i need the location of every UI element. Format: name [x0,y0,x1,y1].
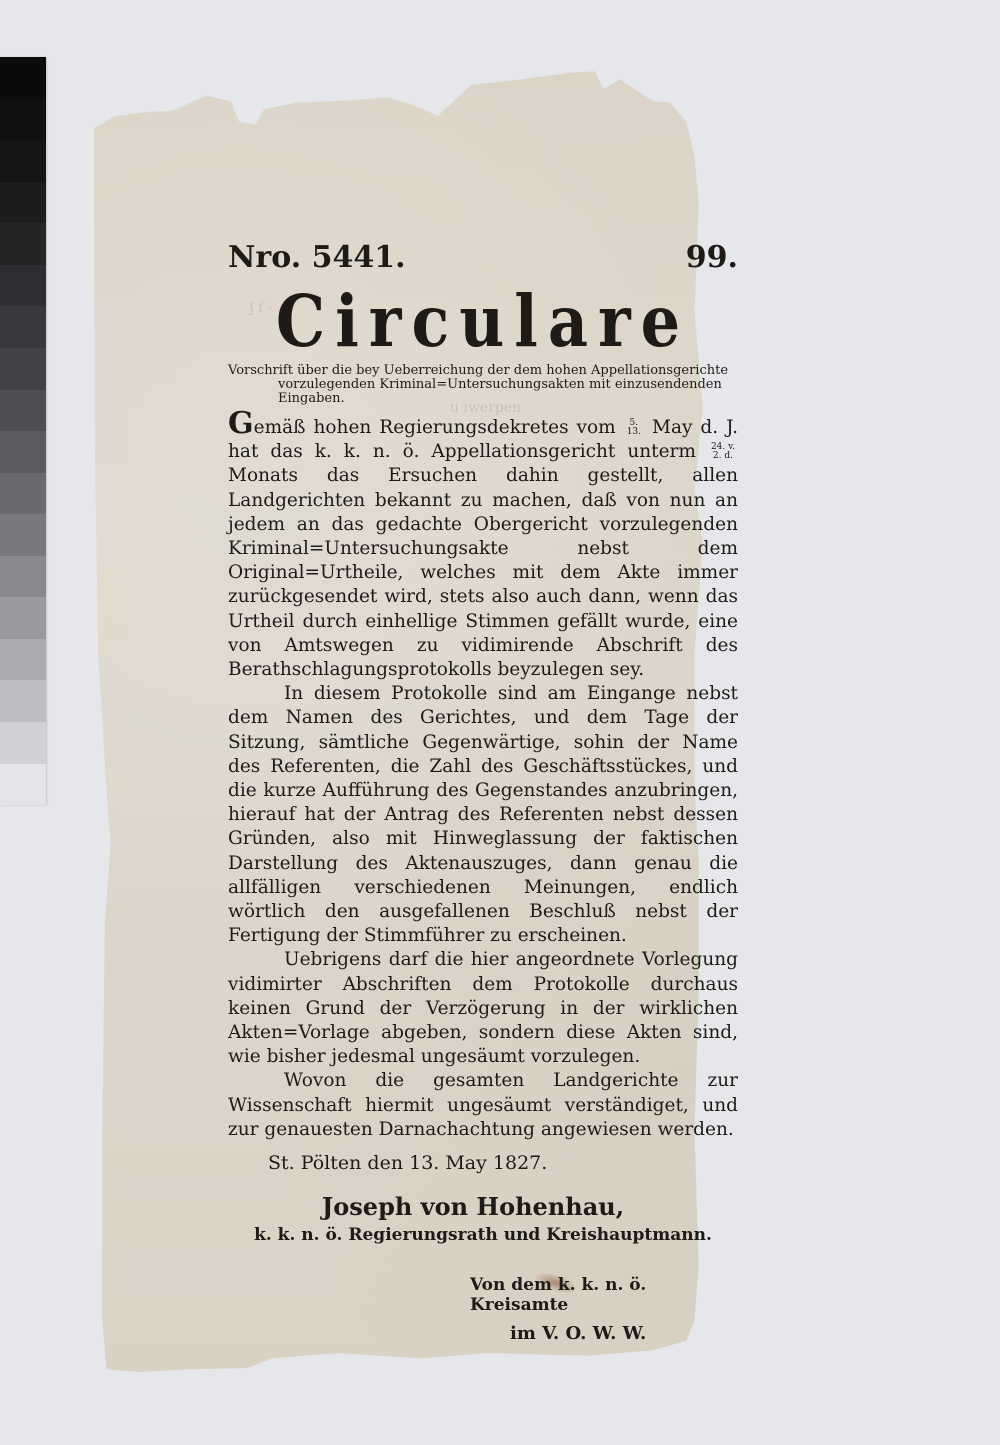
document-body: Nro. 5441. 99. Circulare Vorschrift über… [228,240,738,1344]
gray-patch [0,514,46,556]
gray-patch [0,306,46,348]
gray-patch [0,265,46,307]
gray-patch [0,473,46,515]
document-text: Gemäß hohen Regierungsdekretes vom 5.13.… [228,414,738,1142]
gray-patch [0,390,46,432]
gray-patch [0,764,46,806]
gray-patch [0,639,46,681]
document-number: Nro. 5441. [228,240,406,275]
signatory-name: Joseph von Hohenhau, [228,1192,738,1221]
place-date: St. Pölten den 13. May 1827. [228,1152,738,1174]
paragraph-1-text-c: Monats das Ersuchen dahin gestellt, alle… [228,465,738,680]
gray-patch [0,722,46,764]
gray-patch [0,556,46,598]
paragraph-1: Gemäß hohen Regierungsdekretes vom 5.13.… [228,414,738,682]
page-number: 99. [686,240,738,275]
drop-cap: G [228,406,254,441]
fraction-bottom: 13. [627,427,641,437]
gray-patch [0,182,46,224]
paragraph-4: Wovon die gesamten Landgerichte zur Wiss… [228,1069,738,1142]
document-header: Nro. 5441. 99. [228,240,738,284]
grayscale-calibration-strip [0,57,46,805]
gray-patch [0,99,46,141]
date-fraction: 5.13. [627,419,641,437]
gray-patch [0,431,46,473]
fraction-bottom: 2. d. [713,451,733,461]
document-subject: Vorschrift über die bey Ueberreichung de… [228,364,738,406]
gray-patch [0,223,46,265]
gray-patch [0,57,46,99]
date-fraction: 24. v.2. d. [711,443,735,461]
gray-patch [0,348,46,390]
issuing-office-district: im V. O. W. W. [228,1323,738,1344]
paragraph-1-text-a: emäß hohen Regierungsdekretes vom [254,417,616,438]
signatory-title: k. k. n. ö. Regierungsrath und Kreishaup… [228,1225,738,1245]
gray-patch [0,140,46,182]
paragraph-2: In diesem Protokolle sind am Eingange ne… [228,682,738,948]
document-title: Circulare [228,281,738,364]
paragraph-3: Uebrigens darf die hier angeordnete Vorl… [228,948,738,1069]
gray-patch [0,597,46,639]
issuing-office: Von dem k. k. n. ö. Kreisamte [228,1275,738,1315]
gray-patch [0,680,46,722]
